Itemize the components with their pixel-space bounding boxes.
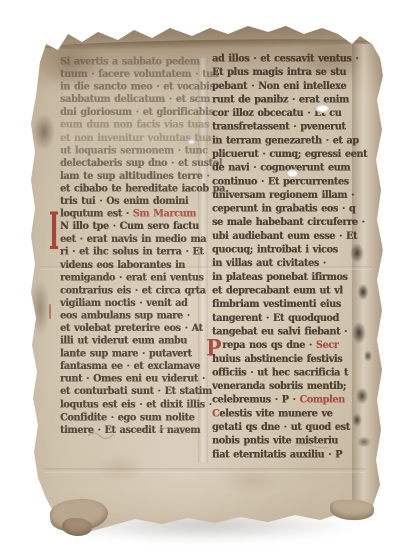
ink-text: repa nos qs dne · — [222, 340, 316, 352]
manuscript-line: quocuq; introibat i vicos — [212, 243, 375, 257]
manuscript-line: delectaberis sup dno · et sustol — [60, 158, 215, 171]
ink-text: Confidite · ego sum nolite — [60, 412, 194, 424]
ink-text: timere · Et ascedit i navem — [60, 424, 200, 436]
parchment-leaf: Si avertis a sabbato pedemtuum · facere … — [0, 0, 402, 557]
ink-text: nobis pntis vite misteriu — [212, 435, 338, 447]
manuscript-line: tangebat eu salvi fiebant · — [212, 325, 375, 339]
ink-text: ad illos · et cessavit ventus · — [212, 53, 358, 65]
ink-text: loqutum est · — [60, 208, 133, 220]
manuscript-line: Prepa nos qs dne · Secr — [212, 339, 375, 353]
ink-text: huius abstinencie festivis — [212, 353, 342, 365]
rubric-text: Complen — [300, 394, 345, 406]
manuscript-line: eet · erat navis in medio ma — [60, 234, 215, 247]
manuscript-line: celebremus · P · Complen — [212, 393, 375, 407]
ink-text: ubi audiebant eum esse · Et — [212, 231, 357, 243]
manuscript-line: contrarius eis · et circa qrta — [60, 285, 215, 298]
manuscript-line: eum dum non facis vias tuas · — [60, 119, 215, 132]
manuscript-line: lante sup mare · putavert — [60, 348, 215, 361]
ink-text: tuum · facere voluntatem · tua — [60, 69, 219, 81]
ink-text: universam regionem illam · — [212, 190, 354, 202]
ink-text: fiat eternitatis auxiliu · P — [212, 449, 342, 461]
ink-text: in die sancto meo · et vocabis — [60, 81, 214, 93]
ink-text: quocuq; introibat i vicos — [212, 244, 338, 256]
manuscript-line: lam te sup altitudines terre · — [60, 170, 215, 183]
ink-text: et volebat preterire eos · At — [60, 323, 203, 335]
manuscript-photo: Si avertis a sabbato pedemtuum · facere … — [0, 0, 402, 557]
manuscript-line: N illo tpe · Cum sero factu — [60, 221, 215, 234]
ink-text: et conturbati sunt · Et statim — [60, 386, 212, 398]
ink-text: videns eos laborantes in — [60, 259, 185, 271]
manuscript-line: loqutum est · Sm Marcum — [60, 208, 215, 221]
ink-text: runt · Omes eni eu viderut · — [60, 373, 205, 385]
ink-text: getati qs dne · ut quod est — [212, 422, 350, 434]
manuscript-line: cor illoz obcecatu · Et cu — [212, 107, 375, 121]
ink-text: transfretassent · pvenerut — [212, 121, 345, 133]
ink-text: in plateas ponebat ifirmos — [212, 271, 347, 283]
rubric-text: Sm Marcum — [133, 208, 196, 220]
ink-text: illi ut viderut eum ambu — [60, 335, 187, 347]
ink-text: ceperunt in grabatis eos · q — [212, 203, 355, 215]
manuscript-line: et deprecabant eum ut vl — [212, 284, 375, 298]
parchment-hole — [187, 139, 196, 145]
ink-text: eum dum non facis vias tuas · — [60, 119, 216, 131]
ink-text: Et plus magis intra se stu — [212, 67, 346, 79]
manuscript-line: illi ut viderut eum ambu — [60, 335, 215, 348]
manuscript-line: in villas aut civitates · — [212, 257, 375, 271]
manuscript-line: se male habebant circuferre · — [212, 216, 375, 230]
manuscript-line: huius abstinencie festivis — [212, 352, 375, 366]
manuscript-line: Confidite · ego sum nolite — [60, 412, 215, 425]
ink-text: pebant · Non eni intellexe — [212, 80, 346, 92]
rubricated-initial-i: I — [49, 206, 59, 258]
manuscript-line: et volebat preterire eos · At — [60, 323, 215, 336]
manuscript-line: veneranda sobriis mentib; — [212, 380, 375, 394]
manuscript-line: in die sancto meo · et vocabis — [60, 81, 215, 94]
manuscript-line: officiis · ut hec sacrificia t — [212, 366, 375, 380]
ink-text: se male habebant circuferre · — [212, 217, 365, 229]
ink-text: plicuerut · cumq; egressi eent — [212, 149, 367, 161]
ink-text: ut loquaris sermonem · tunc — [60, 145, 207, 157]
manuscript-line: ceperunt in grabatis eos · q — [212, 202, 375, 216]
ink-text: tris tui · Os enim domini — [60, 196, 188, 208]
ink-text: fantasma ee · et exclamave — [60, 361, 200, 373]
manuscript-line: timere · Et ascedit i navem — [60, 424, 215, 437]
manuscript-line: et cibabo te hereditate iacob pa — [60, 183, 215, 196]
manuscript-line: ut loquaris sermonem · tunc — [60, 145, 215, 158]
ink-text: eet · erat navis in medio ma — [60, 234, 206, 246]
manuscript-line: pebant · Non eni intellexe — [212, 79, 375, 93]
manuscript-line: et conturbati sunt · Et statim — [60, 386, 215, 399]
ink-text: veneranda sobriis mentib; — [212, 381, 346, 393]
manuscript-line: tangerent · Et quodquod — [212, 311, 375, 325]
ink-text: Si avertis a sabbato pedem — [60, 56, 200, 68]
manuscript-line: sabbatum delicatum · et scm — [60, 94, 215, 107]
ink-text: tangerent · Et quodquod — [212, 312, 339, 324]
ink-text: N illo tpe · Cum sero factu — [60, 221, 199, 233]
manuscript-line: ad illos · et cessavit ventus · — [212, 52, 375, 66]
text-column-right: ad illos · et cessavit ventus ·Et plus m… — [212, 52, 375, 461]
manuscript-line: Si avertis a sabbato pedem — [60, 56, 215, 69]
manuscript-line: runt · Omes eni eu viderut · — [60, 373, 215, 386]
ink-text: elestis vite munere ve — [219, 408, 332, 420]
red-margin-mark — [49, 304, 51, 319]
manuscript-line: fantasma ee · et exclamave — [60, 361, 215, 374]
manuscript-line: tris tui · Os enim domini — [60, 196, 215, 209]
ink-text: et cibabo te hereditate iacob pa — [60, 183, 225, 195]
ink-text: sabbatum delicatum · et scm — [60, 94, 210, 106]
manuscript-line: plicuerut · cumq; egressi eent — [212, 148, 375, 162]
manuscript-line: eos ambulans sup mare · — [60, 310, 215, 323]
manuscript-line: ri · et ihc solus in terra · Et — [60, 246, 215, 259]
parchment-hole — [315, 104, 330, 113]
ink-text: fimbriam vestimenti eius — [212, 299, 341, 311]
manuscript-line: ubi audiebant eum esse · Et — [212, 229, 375, 243]
ink-text: de navi · cognoverunt eum — [212, 162, 350, 174]
ink-text: lam te sup altitudines terre · — [60, 170, 209, 182]
rubric-text: Secr — [316, 340, 339, 352]
manuscript-line: tuum · facere voluntatem · tua — [60, 69, 215, 82]
ink-text: celebremus · P · — [212, 394, 300, 406]
manuscript-line: getati qs dne · ut quod est — [212, 421, 375, 435]
ink-text: runt de panibz · erat enim — [212, 94, 349, 106]
ink-text: tangebat eu salvi fiebant · — [212, 326, 347, 338]
ink-text: vigiliam noctis · venit ad — [60, 297, 187, 309]
ink-text: lante sup mare · putavert — [60, 348, 192, 360]
manuscript-line: fimbriam vestimenti eius — [212, 298, 375, 312]
ink-text: eos ambulans sup mare · — [60, 310, 190, 322]
manuscript-line: in terram genezareth · et ap — [212, 134, 375, 148]
manuscript-line: runt de panibz · erat enim — [212, 93, 375, 107]
ink-text: delectaberis sup dno · et sustol — [60, 158, 222, 170]
manuscript-line: remigando · erat eni ventus — [60, 272, 215, 285]
manuscript-line: transfretassent · pvenerut — [212, 120, 375, 134]
manuscript-line: loqutus est eis · et dixit illis · — [60, 399, 215, 412]
ink-text: dni gloriosum · et glorificabis — [60, 107, 213, 119]
manuscript-line: fiat eternitatis auxiliu · P — [212, 448, 375, 462]
ink-text: ri · et ihc solus in terra · Et — [60, 246, 203, 258]
manuscript-line: dni gloriosum · et glorificabis — [60, 107, 215, 120]
parchment-hole — [286, 169, 299, 178]
ink-text: contrarius eis · et circa qrta — [60, 285, 205, 297]
text-column-left: Si avertis a sabbato pedemtuum · facere … — [60, 56, 215, 437]
ink-text: et deprecabant eum ut vl — [212, 285, 343, 297]
ink-text: officiis · ut hec sacrificia t — [212, 367, 348, 379]
manuscript-line: vigiliam noctis · venit ad — [60, 297, 215, 310]
horizontal-crease — [44, 468, 366, 473]
ink-text: loqutus est eis · et dixit illis · — [60, 399, 212, 411]
ink-text: in villas aut civitates · — [212, 258, 326, 270]
manuscript-line: universam regionem illam · — [212, 189, 375, 203]
manuscript-line: in plateas ponebat ifirmos — [212, 270, 375, 284]
manuscript-line: Et plus magis intra se stu — [212, 66, 375, 80]
manuscript-line: Celestis vite munere ve — [212, 407, 375, 421]
manuscript-line: videns eos laborantes in — [60, 259, 215, 272]
ink-text: in terram genezareth · et ap — [212, 135, 359, 147]
manuscript-line: nobis pntis vite misteriu — [212, 434, 375, 448]
ink-text: continuo · Et percurrentes — [212, 176, 349, 188]
ink-text: remigando · erat eni ventus — [60, 272, 203, 284]
